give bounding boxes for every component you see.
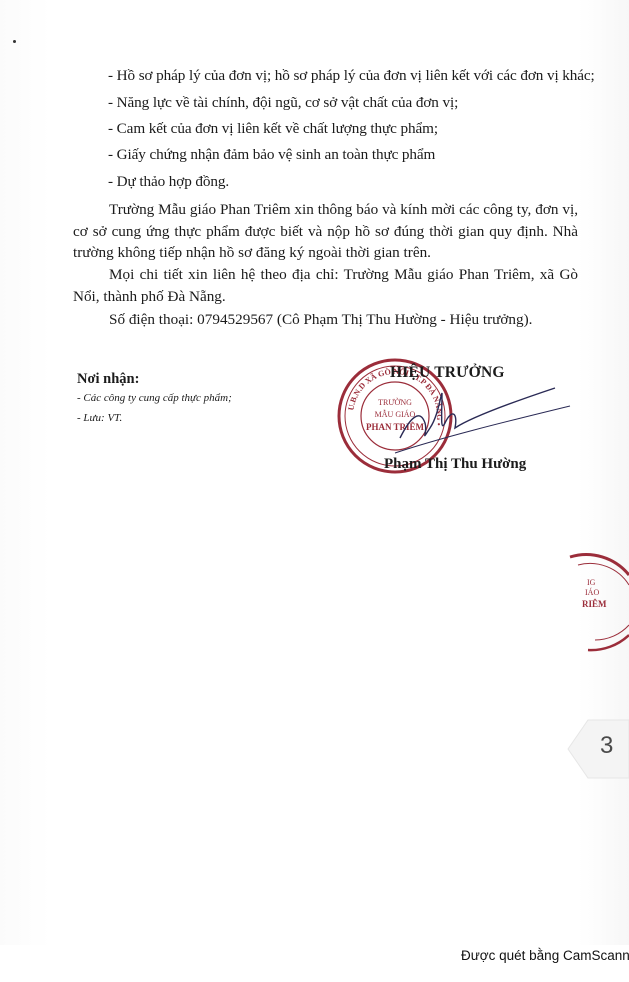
contact-paragraph: Mọi chi tiết xin liên hệ theo địa chỉ: T… <box>73 264 578 307</box>
requirement-item: - Cam kết của đơn vị liên kết về chất lư… <box>108 120 438 138</box>
svg-text:RIÊM: RIÊM <box>582 599 607 609</box>
requirement-item: - Dự thảo hợp đồng. <box>108 173 229 191</box>
requirement-item: - Hồ sơ pháp lý của đơn vị; hồ sơ pháp l… <box>108 67 595 85</box>
phone-text: Số điện thoại: 0794529567 (Cô Phạm Thị T… <box>109 311 532 328</box>
signer-name: Phạm Thị Thu Hường <box>384 456 526 473</box>
handwritten-signature-icon <box>380 378 580 458</box>
page-number: 3 <box>600 732 613 760</box>
invite-text: Trường Mẫu giáo Phan Triêm xin thông báo… <box>73 201 578 261</box>
recipient-item: - Các công ty cung cấp thực phẩm; <box>77 392 232 404</box>
partial-stamp-icon: IG IÁO RIÊM <box>560 545 629 665</box>
scanned-page: - Hồ sơ pháp lý của đơn vị; hồ sơ pháp l… <box>0 0 629 945</box>
svg-text:IÁO: IÁO <box>585 587 599 597</box>
requirement-item: - Giấy chứng nhận đảm bảo vệ sinh an toà… <box>108 146 435 164</box>
recipients-title: Nơi nhận: <box>77 371 139 388</box>
phone-paragraph: Số điện thoại: 0794529567 (Cô Phạm Thị T… <box>73 309 578 331</box>
page-indicator-tab[interactable] <box>566 718 629 780</box>
recipient-item: - Lưu: VT. <box>77 412 122 424</box>
invite-paragraph: Trường Mẫu giáo Phan Triêm xin thông báo… <box>73 199 578 264</box>
svg-text:IG: IG <box>587 578 596 587</box>
contact-text: Mọi chi tiết xin liên hệ theo địa chỉ: T… <box>73 266 578 305</box>
camscanner-watermark: Được quét bằng CamScanner <box>461 948 629 963</box>
scan-speck <box>13 40 16 43</box>
requirement-item: - Năng lực về tài chính, đội ngũ, cơ sở … <box>108 94 458 112</box>
